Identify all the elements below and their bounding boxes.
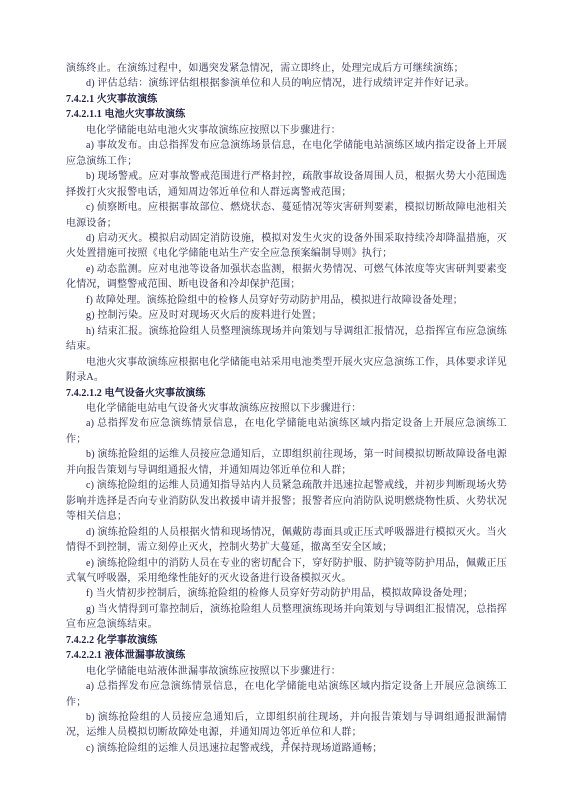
list-item-a-commander-release: a) 总指挥发布应急演练情景信息，在电化学储能电站演练区域内指定设备上开展应急演…	[66, 416, 507, 447]
list-item-a-incident-release: a) 事故发布。由总指挥发布应急演练场景信息，在电化学储能电站演练区域内指定设备…	[66, 138, 507, 169]
list-item-f-initial-control: f) 当火情初步控制后，演练抢险组的检修人员穿好劳动防护用品，模拟故障设备处理；	[66, 586, 507, 601]
paragraph-liquid-leakage-intro: 电化学储能电站液体泄漏事故演练应按照以下步骤进行：	[66, 664, 507, 679]
list-item-d-evaluation-summary: d) 评估总结：演练评估组根据参演单位和人员的响应情况，进行成绩评定并作好记录。	[66, 76, 507, 91]
list-item-b-rescue-team-respond: b) 演练抢险组的运维人员接应急通知后，立即组织前往现场，第一时间模拟切断故障设…	[66, 447, 507, 478]
paragraph-electrical-fire-intro: 电化学储能电站电气设备火灾事故演练应按照以下步骤进行：	[66, 401, 507, 416]
list-item-e-firefighter-protection: e) 演练抢险组中的消防人员在专业的密切配合下，穿好防护服、防护镜等防护用品，佩…	[66, 556, 507, 587]
section-heading-7-4-2-1-fire-accident-drill: 7.4.2.1 火灾事故演练	[66, 92, 507, 107]
list-item-g-reliable-control-closing: g) 当火情得到可靠控制后，演练抢险组人员整理演练现场并向策划与导调组汇报情况，…	[66, 602, 507, 633]
list-item-e-dynamic-monitoring: e) 动态监测。应对电池等设备加强状态监测，根据火势情况、可燃气体浓度等灾害研判…	[66, 262, 507, 293]
list-item-d-start-firefighting: d) 启动灭火。模拟启动固定消防设施，模拟对发生火灾的设备外围采取持续冷却降温措…	[66, 231, 507, 262]
list-item-f-fault-handling: f) 故障处理。演练抢险组中的检修人员穿好劳动防护用品，模拟进行故障设备处理；	[66, 293, 507, 308]
paragraph-battery-type-appendix-a: 电池火灾事故演练应根据电化学储能电站采用电池类型开展火灾应急演练工作，具体要求详…	[66, 355, 507, 386]
section-heading-7-4-2-2-1-liquid-leakage-drill: 7.4.2.2.1 液体泄漏事故演练	[66, 648, 507, 663]
page-body-text: 演练终止。在演练过程中，如遇突发紧急情况，需立即终止，处理完成后方可继续演练； …	[66, 61, 507, 756]
list-item-c-evacuation-alarm: c) 演练抢险组的运维人员通知指导站内人员紧急疏散并迅速拉起警戒线，并初步判断现…	[66, 478, 507, 524]
list-item-g-pollution-control: g) 控制污染。应及时对现场灭火后的废料进行处置；	[66, 308, 507, 323]
list-item-c-recon-power-cut: c) 侦察断电。应根据事故部位、燃烧状态、蔓延情况等灾害研判要素，模拟切断故障电…	[66, 200, 507, 231]
section-heading-7-4-2-1-1-battery-fire-drill: 7.4.2.1.1 电池火灾事故演练	[66, 107, 507, 122]
list-item-d-simulated-extinguishing: d) 演练抢险组的人员根据火情和现场情况，佩戴防毒面具或正压式呼吸器进行模拟灭火…	[66, 525, 507, 556]
list-item-b-site-cordon: b) 现场警戒。应对事故警戒范围进行严格封控，疏散事故设备周围人员，根据火势大小…	[66, 169, 507, 200]
paragraph-battery-fire-intro: 电化学储能电站电池火灾事故演练应按照以下步骤进行：	[66, 123, 507, 138]
list-item-h-closing-report: h) 结束汇报。演练抢险组人员整理演练现场并向策划与导调组汇报情况，总指挥宣布应…	[66, 324, 507, 355]
page-number: 5	[66, 736, 507, 748]
paragraph-continuation-drill-termination: 演练终止。在演练过程中，如遇突发紧急情况，需立即终止，处理完成后方可继续演练；	[66, 61, 507, 76]
section-heading-7-4-2-2-chemical-accident-drill: 7.4.2.2 化学事故演练	[66, 633, 507, 648]
document-page: 演练终止。在演练过程中，如遇突发紧急情况，需立即终止，处理完成后方可继续演练； …	[0, 0, 565, 800]
section-heading-7-4-2-1-2-electrical-equipment-fire-drill: 7.4.2.1.2 电气设备火灾事故演练	[66, 386, 507, 401]
list-item-a-leakage-commander-release: a) 总指挥发布应急演练情景信息，在电化学储能电站演练区域内指定设备上开展应急演…	[66, 679, 507, 710]
